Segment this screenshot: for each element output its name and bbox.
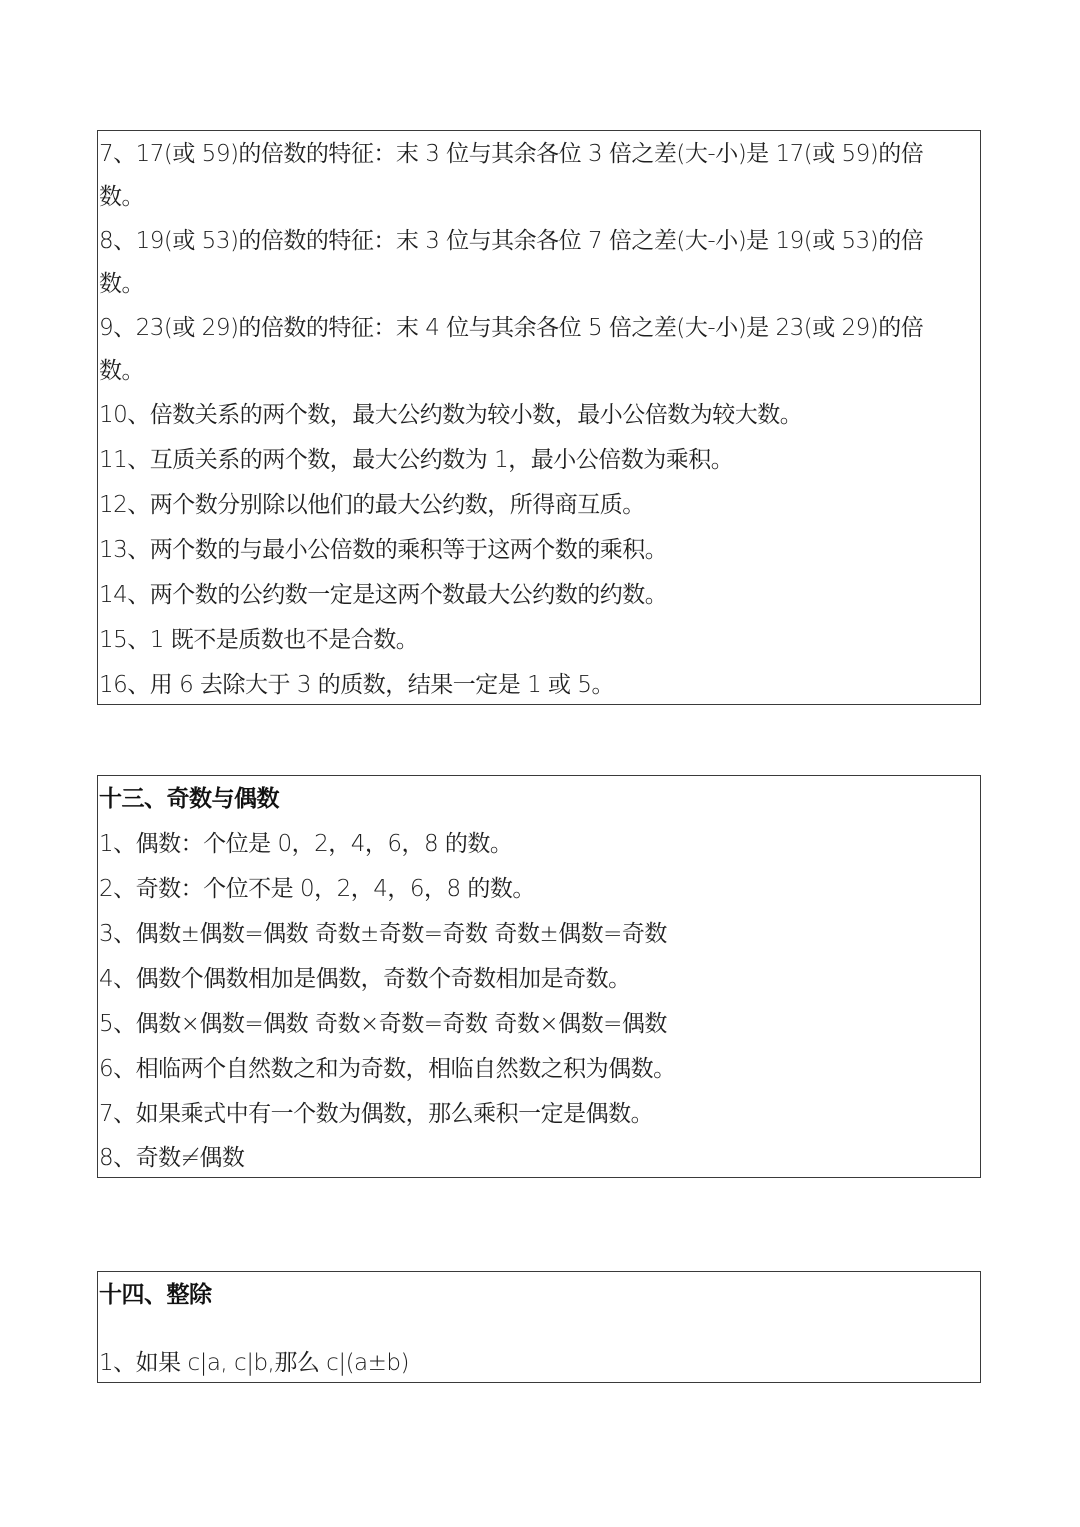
- odd-even-item-7: 7、如果乘式中有一个数为偶数，那么乘积一定是偶数。: [99, 1099, 653, 1129]
- rule-12: 12、两个数分别除以他们的最大公约数，所得商互质。: [99, 490, 645, 520]
- odd-even-item-5: 5、偶数×偶数=偶数 奇数×奇数=奇数 奇数×偶数=偶数: [99, 1009, 667, 1039]
- rule-7-line2: 数。: [99, 182, 144, 212]
- rule-11: 11、互质关系的两个数，最大公约数为 1，最小公倍数为乘积。: [99, 445, 733, 475]
- section-title-odd-even: 十三、奇数与偶数: [99, 784, 279, 814]
- rule-10: 10、倍数关系的两个数，最大公约数为较小数，最小公倍数为较大数。: [99, 400, 802, 430]
- divisibility-rules-box: 7、17(或 59)的倍数的特征：末 3 位与其余各位 3 倍之差(大-小)是 …: [97, 130, 981, 705]
- rule-8-line1: 8、19(或 53)的倍数的特征：末 3 位与其余各位 7 倍之差(大-小)是 …: [99, 226, 923, 256]
- odd-even-item-3: 3、偶数±偶数=偶数 奇数±奇数=奇数 奇数±偶数=奇数: [99, 919, 667, 949]
- rule-13: 13、两个数的与最小公倍数的乘积等于这两个数的乘积。: [99, 535, 667, 565]
- odd-even-box: 十三、奇数与偶数 1、偶数：个位是 0，2，4，6，8 的数。 2、奇数：个位不…: [97, 775, 981, 1178]
- section-title-divisible: 十四、整除: [99, 1280, 212, 1310]
- rule-7-line1: 7、17(或 59)的倍数的特征：末 3 位与其余各位 3 倍之差(大-小)是 …: [99, 139, 923, 169]
- odd-even-item-6: 6、相临两个自然数之和为奇数，相临自然数之积为偶数。: [99, 1054, 676, 1084]
- rule-14: 14、两个数的公约数一定是这两个数最大公约数的约数。: [99, 580, 667, 610]
- divisible-box: 十四、整除 1、如果 c|a, c|b,那么 c|(a±b): [97, 1271, 981, 1383]
- rule-16: 16、用 6 去除大于 3 的质数，结果一定是 1 或 5。: [99, 670, 614, 700]
- divisible-item-1: 1、如果 c|a, c|b,那么 c|(a±b): [99, 1348, 409, 1378]
- rule-9-line1: 9、23(或 29)的倍数的特征：末 4 位与其余各位 5 倍之差(大-小)是 …: [99, 313, 923, 343]
- rule-15: 15、1 既不是质数也不是合数。: [99, 625, 418, 655]
- odd-even-item-8: 8、奇数≠偶数: [99, 1143, 244, 1173]
- rule-9-line2: 数。: [99, 356, 144, 386]
- rule-8-line2: 数。: [99, 269, 144, 299]
- odd-even-item-2: 2、奇数：个位不是 0，2，4，6，8 的数。: [99, 874, 535, 904]
- odd-even-item-4: 4、偶数个偶数相加是偶数，奇数个奇数相加是奇数。: [99, 964, 631, 994]
- odd-even-item-1: 1、偶数：个位是 0，2，4，6，8 的数。: [99, 829, 512, 859]
